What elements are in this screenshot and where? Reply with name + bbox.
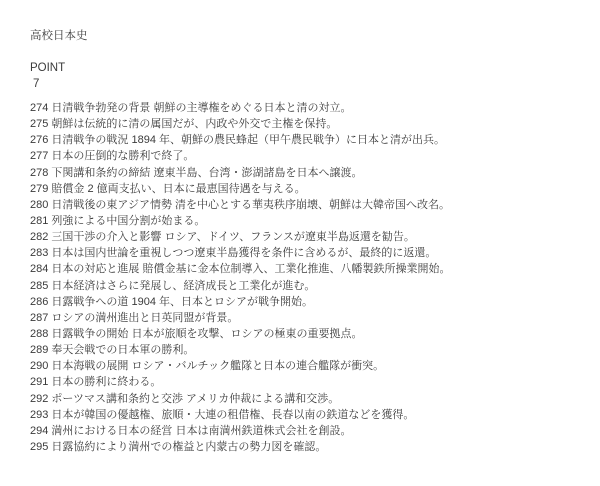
point-label: POINT — [30, 61, 65, 75]
list-line: 289 奉天会戦での日本軍の勝利。 — [30, 342, 600, 358]
list-line: 283 日本は国内世論を重視しつつ遼東半島獲得を条件に含めるが、最終的に返還。 — [30, 245, 600, 261]
list-line: 287 ロシアの満州進出と日英同盟が背景。 — [30, 310, 600, 326]
list-line: 295 日露協約により満州での権益と内蒙古の勢力図を確認。 — [30, 439, 600, 455]
list-line: 278 下関講和条約の締結 遼東半島、台湾・澎湖諸島を日本へ譲渡。 — [30, 165, 600, 181]
list-line: 291 日本の勝利に終わる。 — [30, 374, 600, 390]
points-list: 274 日清戦争勃発の背景 朝鮮の主導権をめぐる日本と清の対立。 275 朝鮮は… — [30, 100, 600, 455]
list-line: 282 三国干渉の介入と影響 ロシア、ドイツ、フランスが遼東半島返還を勧告。 — [30, 229, 600, 245]
list-line: 277 日本の圧倒的な勝利で終了。 — [30, 148, 600, 164]
point-number: 7 — [33, 77, 39, 91]
list-line: 275 朝鮮は伝統的に清の属国だが、内政や外交で主権を保持。 — [30, 116, 600, 132]
list-line: 286 日露戦争への道 1904 年、日本とロシアが戦争開始。 — [30, 294, 600, 310]
list-line: 280 日清戦後の東アジア情勢 清を中心とする華夷秩序崩壊、朝鮮は大韓帝国へ改名… — [30, 197, 600, 213]
list-line: 290 日本海戦の展開 ロシア・バルチック艦隊と日本の連合艦隊が衝突。 — [30, 358, 600, 374]
list-line: 293 日本が韓国の優越権、旅順・大連の租借権、長春以南の鉄道などを獲得。 — [30, 407, 600, 423]
list-line: 294 満州における日本の経営 日本は南満州鉄道株式会社を創設。 — [30, 423, 600, 439]
list-line: 284 日本の対応と進展 賠償金基に金本位制導入、工業化推進、八幡製鉄所操業開始… — [30, 261, 600, 277]
list-line: 274 日清戦争勃発の背景 朝鮮の主導権をめぐる日本と清の対立。 — [30, 100, 600, 116]
document-page: 高校日本史 POINT 7 274 日清戦争勃発の背景 朝鮮の主導権をめぐる日本… — [0, 0, 600, 486]
list-line: 285 日本経済はさらに発展し、経済成長と工業化が進む。 — [30, 278, 600, 294]
list-line: 281 列強による中国分割が始まる。 — [30, 213, 600, 229]
list-line: 279 賠償金 2 億両支払い、日本に最恵国待遇を与える。 — [30, 181, 600, 197]
list-line: 288 日露戦争の開始 日本が旅順を攻撃、ロシアの極東の重要拠点。 — [30, 326, 600, 342]
list-line: 292 ポーツマス講和条約と交渉 アメリカ仲裁による講和交渉。 — [30, 391, 600, 407]
document-title: 高校日本史 — [30, 29, 88, 43]
list-line: 276 日清戦争の戦況 1894 年、朝鮮の農民蜂起（甲午農民戦争）に日本と清が… — [30, 132, 600, 148]
